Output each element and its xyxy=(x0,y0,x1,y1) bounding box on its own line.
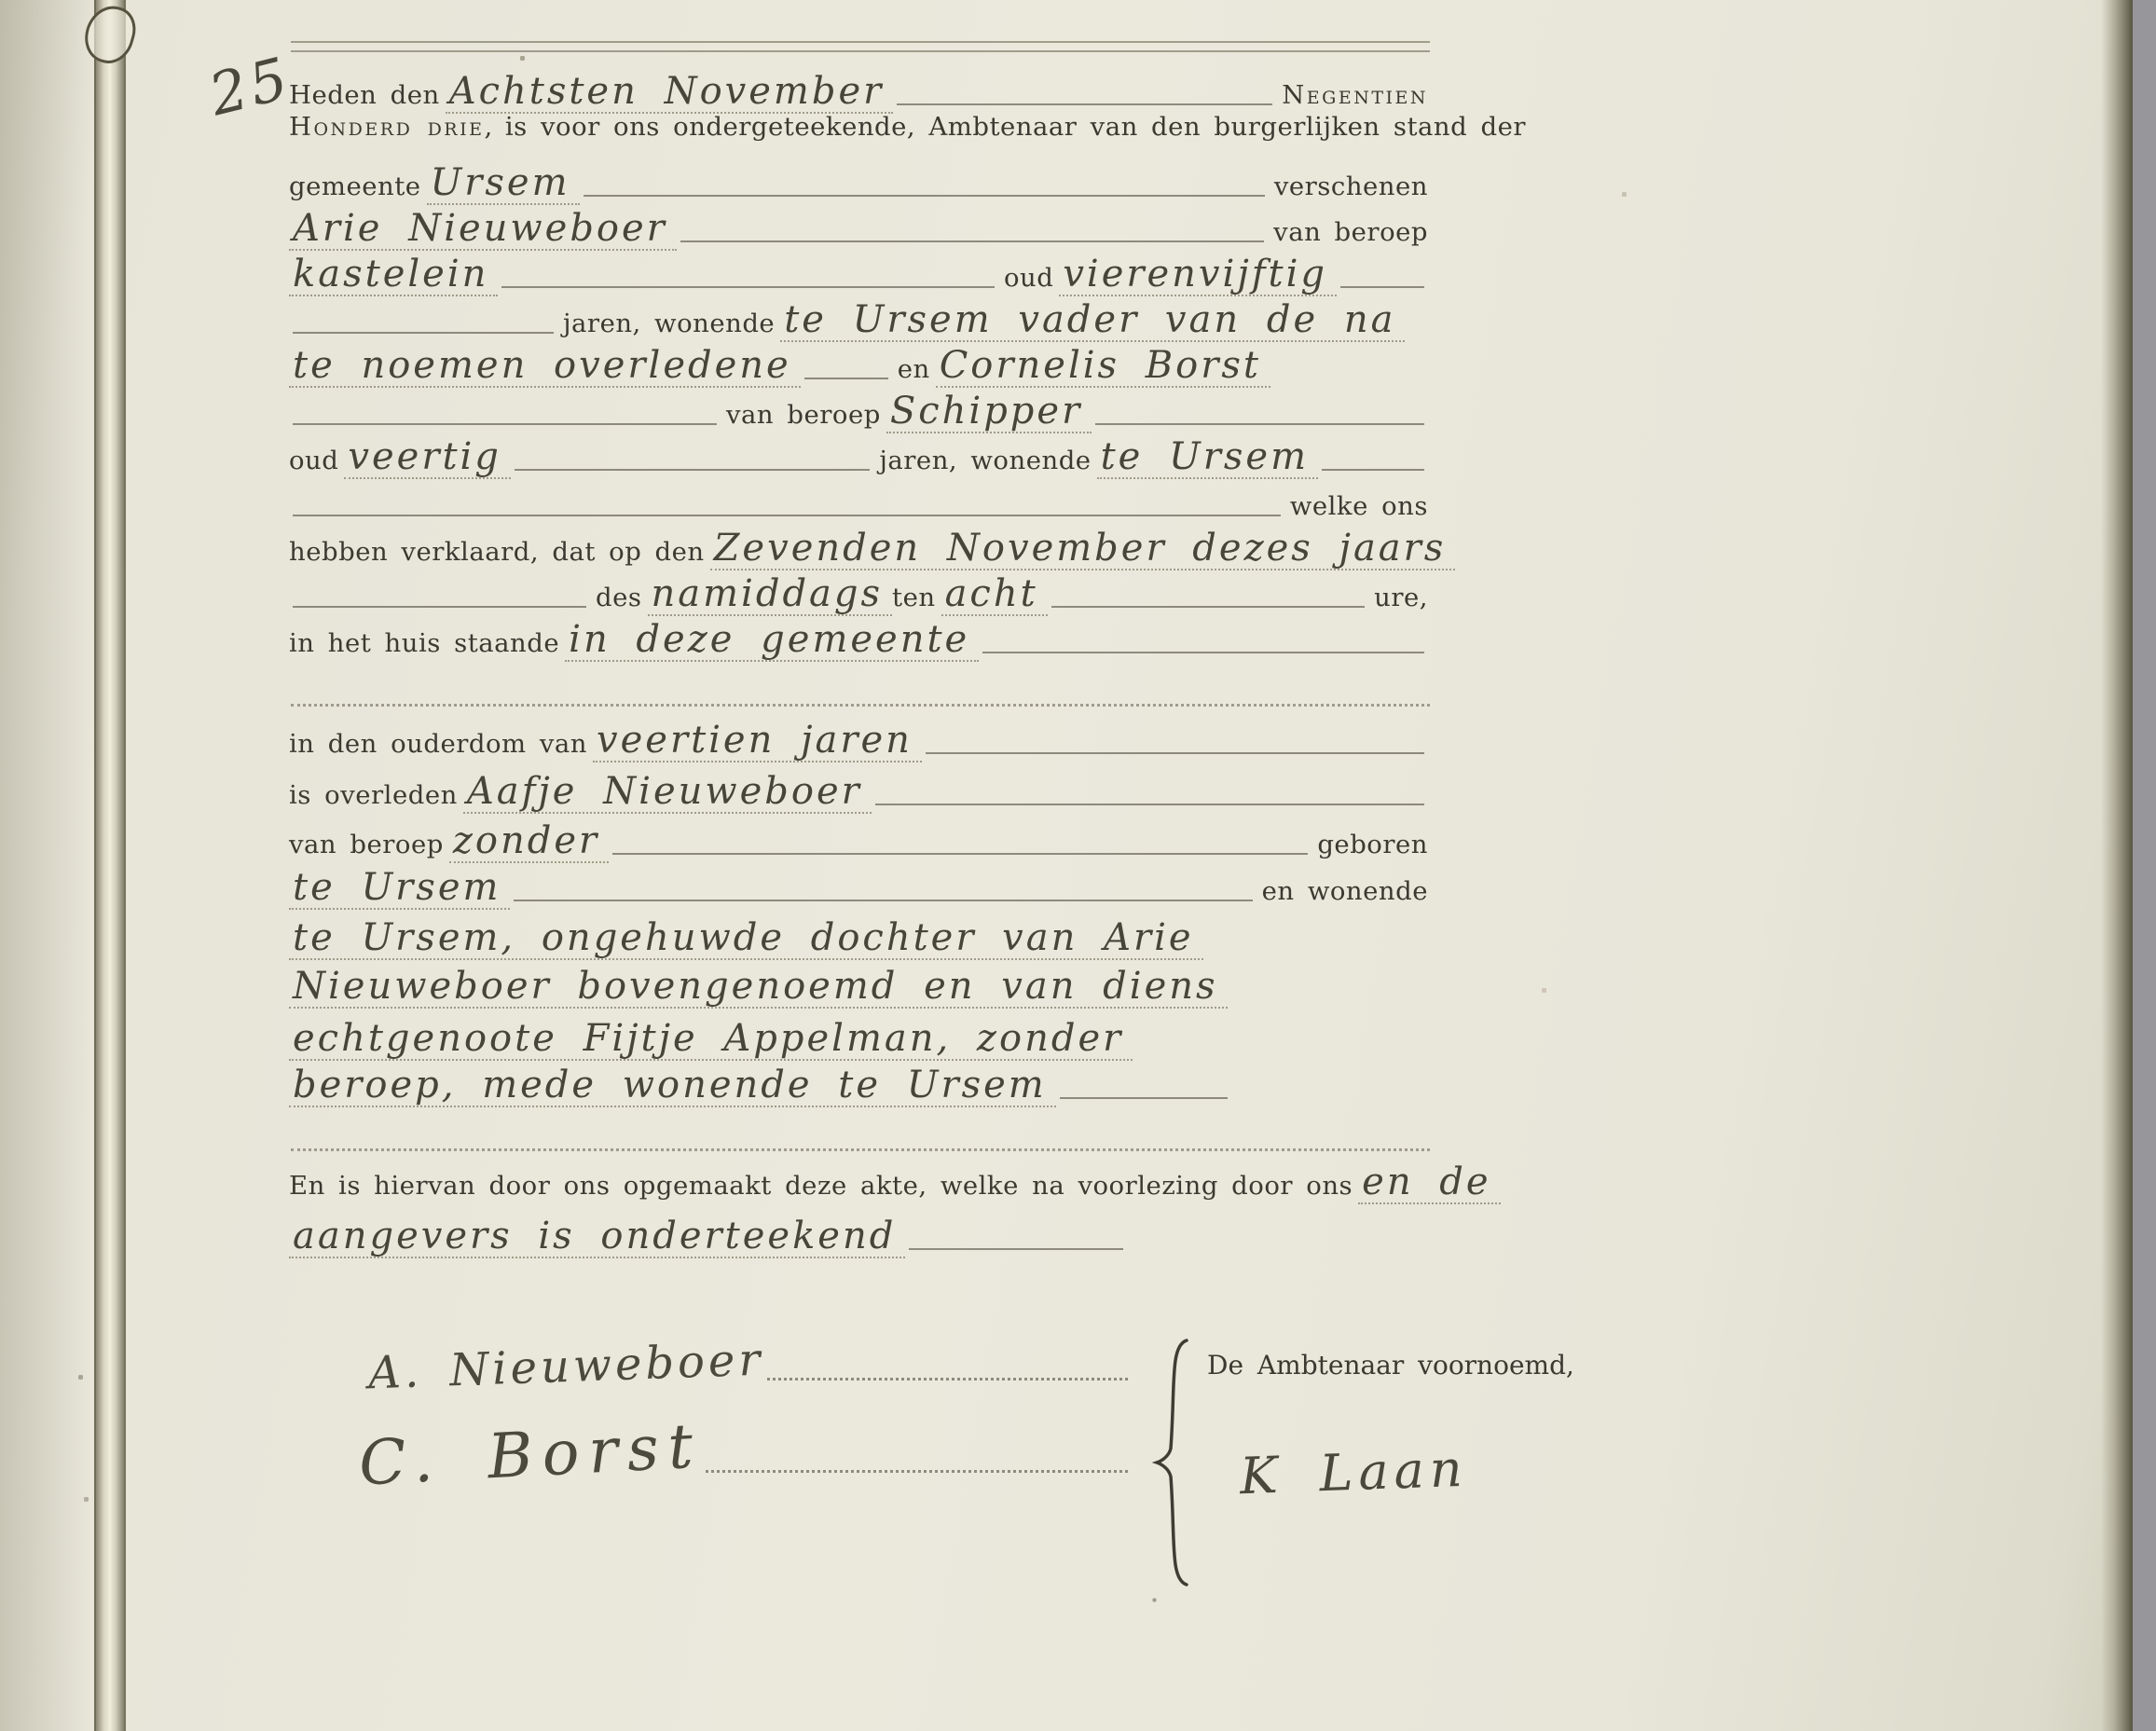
handwritten-text: aangevers is onderteekend xyxy=(289,1217,905,1258)
handwritten-age: vierenvijftig xyxy=(1059,255,1337,296)
form-line-birthplace: te Ursem en wonende xyxy=(289,865,1434,910)
printed-label: des xyxy=(596,585,648,617)
handwritten-name: Arie Nieuweboer xyxy=(289,210,677,251)
form-line-age-of-deceased: in den ouderdom van veertien jaren xyxy=(289,718,1434,762)
form-line-death-time: des namiddags ten acht ure, xyxy=(289,571,1434,616)
form-line-welke-ons: welke ons xyxy=(289,480,1434,525)
fill-line xyxy=(612,853,1308,855)
form-line-closing-2: aangevers is onderteekend xyxy=(289,1214,1133,1258)
form-line-relation: te noemen overledene en Cornelis Borst xyxy=(289,343,1434,388)
fill-line xyxy=(293,332,554,334)
fill-line xyxy=(804,378,888,379)
handwritten-age: veertien jaren xyxy=(593,721,922,762)
handwritten-hour: acht xyxy=(941,575,1048,616)
printed-label: Negentien xyxy=(1282,83,1434,115)
handwritten-death-date: Zevenden November dezes jaars xyxy=(710,529,1456,570)
handwritten-residence: te Ursem vader van de na xyxy=(780,301,1405,342)
fill-line xyxy=(1322,469,1424,471)
form-line-declarant1-residence: jaren, wonende te Ursem vader van de na xyxy=(289,297,1434,342)
fill-line xyxy=(293,423,717,425)
form-line-declarant1-name: Arie Nieuweboer van beroep xyxy=(289,206,1434,251)
signature-row-declarant2: C. Borst xyxy=(359,1424,1137,1486)
handwritten-text: en de xyxy=(1358,1163,1500,1204)
fill-line xyxy=(926,752,1424,754)
form-line-family-4: beroep, mede wonende te Ursem xyxy=(289,1063,1434,1107)
printed-label: hebben verklaard, dat op den xyxy=(289,540,710,571)
printed-label: en wonende xyxy=(1262,879,1434,911)
handwritten-place: in deze gemeente xyxy=(565,621,979,662)
printed-label: jaren, wonende xyxy=(563,311,780,343)
form-line-family-3: echtgenoote Fijtje Appelman, zonder xyxy=(289,1016,1434,1061)
printed-label: van beroep xyxy=(726,403,886,434)
fill-line xyxy=(293,515,1281,516)
printed-label: geboren xyxy=(1317,832,1434,864)
printed-label: van beroep xyxy=(289,832,449,864)
handwritten-occupation: Schipper xyxy=(886,392,1092,433)
fill-line xyxy=(501,286,995,288)
fill-line xyxy=(909,1248,1123,1250)
binding-cord xyxy=(94,0,126,1731)
printed-label: ten xyxy=(892,585,941,617)
fill-line xyxy=(515,469,870,471)
fill-line xyxy=(1060,1097,1228,1099)
fill-line xyxy=(1051,606,1365,608)
fill-line xyxy=(897,103,1272,105)
fill-line xyxy=(1095,423,1424,425)
form-line-death-date: hebben verklaard, dat op den Zevenden No… xyxy=(289,526,1434,570)
handwritten-text: beroep, mede wonende te Ursem xyxy=(289,1066,1056,1107)
page-edge xyxy=(2101,0,2133,1731)
fill-line xyxy=(293,606,586,608)
fill-line xyxy=(875,804,1424,805)
handwritten-date: Achtsten November xyxy=(446,73,894,114)
printed-label: welke ons xyxy=(1290,494,1434,526)
form-line-closing-1: En is hiervan door ons opgemaakt deze ak… xyxy=(289,1160,1434,1204)
fill-line xyxy=(514,900,1252,901)
signature-brace xyxy=(1152,1337,1191,1592)
form-line-death-place: in het huis staande in deze gemeente xyxy=(289,617,1434,662)
handwritten-relation: te noemen overledene xyxy=(289,347,801,388)
handwritten-gemeente: Ursem xyxy=(427,164,580,205)
form-line-declarant2-occupation: van beroep Schipper xyxy=(289,389,1434,433)
fill-line xyxy=(680,240,1264,242)
printed-label: Honderd drie, xyxy=(289,112,501,147)
act-number: 25 xyxy=(202,44,297,130)
printed-label: oud xyxy=(1004,266,1059,297)
printed-label: is voor ons ondergeteekende, Ambtenaar v… xyxy=(505,112,1531,147)
handwritten-text: echtgenoote Fijtje Appelman, zonder xyxy=(289,1020,1133,1061)
signature-row-declarant1: A. Nieuweboer xyxy=(368,1344,1137,1389)
scan-background: 25 Heden den Achtsten November Negentien… xyxy=(0,0,2156,1731)
fill-line xyxy=(584,195,1265,197)
header-rule-bottom xyxy=(291,50,1430,52)
handwritten-age: veertig xyxy=(344,438,511,479)
gutter-shadow xyxy=(0,0,89,1731)
header-rule-top xyxy=(291,41,1430,43)
fill-line xyxy=(1340,286,1424,288)
dotted-signature-line xyxy=(767,1378,1128,1381)
handwritten-occupation: zonder xyxy=(449,822,609,863)
printed-label: van beroep xyxy=(1273,220,1434,252)
brace-icon xyxy=(1152,1337,1191,1588)
fill-line xyxy=(982,652,1424,653)
paper-specks xyxy=(0,0,1,1)
signature-official: K Laan xyxy=(1239,1439,1469,1505)
handwritten-name: Cornelis Borst xyxy=(936,347,1270,388)
printed-label: en xyxy=(898,357,936,389)
handwritten-text: te Ursem, ongehuwde dochter van Arie xyxy=(289,919,1203,960)
printed-label: verschenen xyxy=(1274,174,1434,206)
form-line-gemeente: gemeente Ursem verschenen xyxy=(289,160,1434,205)
official-title-label: De Ambtenaar voornoemd, xyxy=(1207,1350,1574,1381)
handwritten-deceased-name: Aafje Nieuweboer xyxy=(463,773,872,814)
dotted-signature-line xyxy=(706,1470,1128,1473)
signature-declarant2: C. Borst xyxy=(358,1415,704,1494)
printed-label: ure, xyxy=(1374,585,1434,617)
form-line-date: Heden den Achtsten November Negentien xyxy=(289,69,1434,114)
dotted-separator xyxy=(291,704,1430,707)
printed-label: is overleden xyxy=(289,783,463,815)
printed-label: oud xyxy=(289,448,344,480)
form-line-declarant2-age: oud veertig jaren, wonende te Ursem xyxy=(289,434,1434,479)
form-line-family-2: Nieuweboer bovengenoemd en van diens xyxy=(289,964,1434,1009)
form-line-family-1: te Ursem, ongehuwde dochter van Arie xyxy=(289,915,1434,960)
dotted-separator xyxy=(291,1148,1430,1151)
printed-label: in den ouderdom van xyxy=(289,732,593,763)
printed-label: Heden den xyxy=(289,83,446,115)
handwritten-occupation: kastelein xyxy=(289,255,498,296)
death-certificate-page: 25 Heden den Achtsten November Negentien… xyxy=(0,0,2133,1731)
printed-label: in het huis staande xyxy=(289,631,565,663)
signature-declarant1: A. Nieuweboer xyxy=(367,1338,764,1396)
form-line-declarant1-occupation: kastelein oud vierenvijftig xyxy=(289,252,1434,296)
handwritten-daypart: namiddags xyxy=(648,575,893,616)
form-line-year: Honderd drie, is voor ons ondergeteekend… xyxy=(289,115,1434,159)
handwritten-birthplace: te Ursem xyxy=(289,869,510,910)
form-line-deceased-name: is overleden Aafje Nieuweboer xyxy=(289,769,1434,814)
printed-label: En is hiervan door ons opgemaakt deze ak… xyxy=(289,1174,1358,1205)
handwritten-residence: te Ursem xyxy=(1097,438,1318,479)
form-line-deceased-occupation: van beroep zonder geboren xyxy=(289,818,1434,863)
printed-label: jaren, wonende xyxy=(879,448,1096,480)
handwritten-text: Nieuweboer bovengenoemd en van diens xyxy=(289,968,1228,1009)
printed-label: gemeente xyxy=(289,174,427,206)
